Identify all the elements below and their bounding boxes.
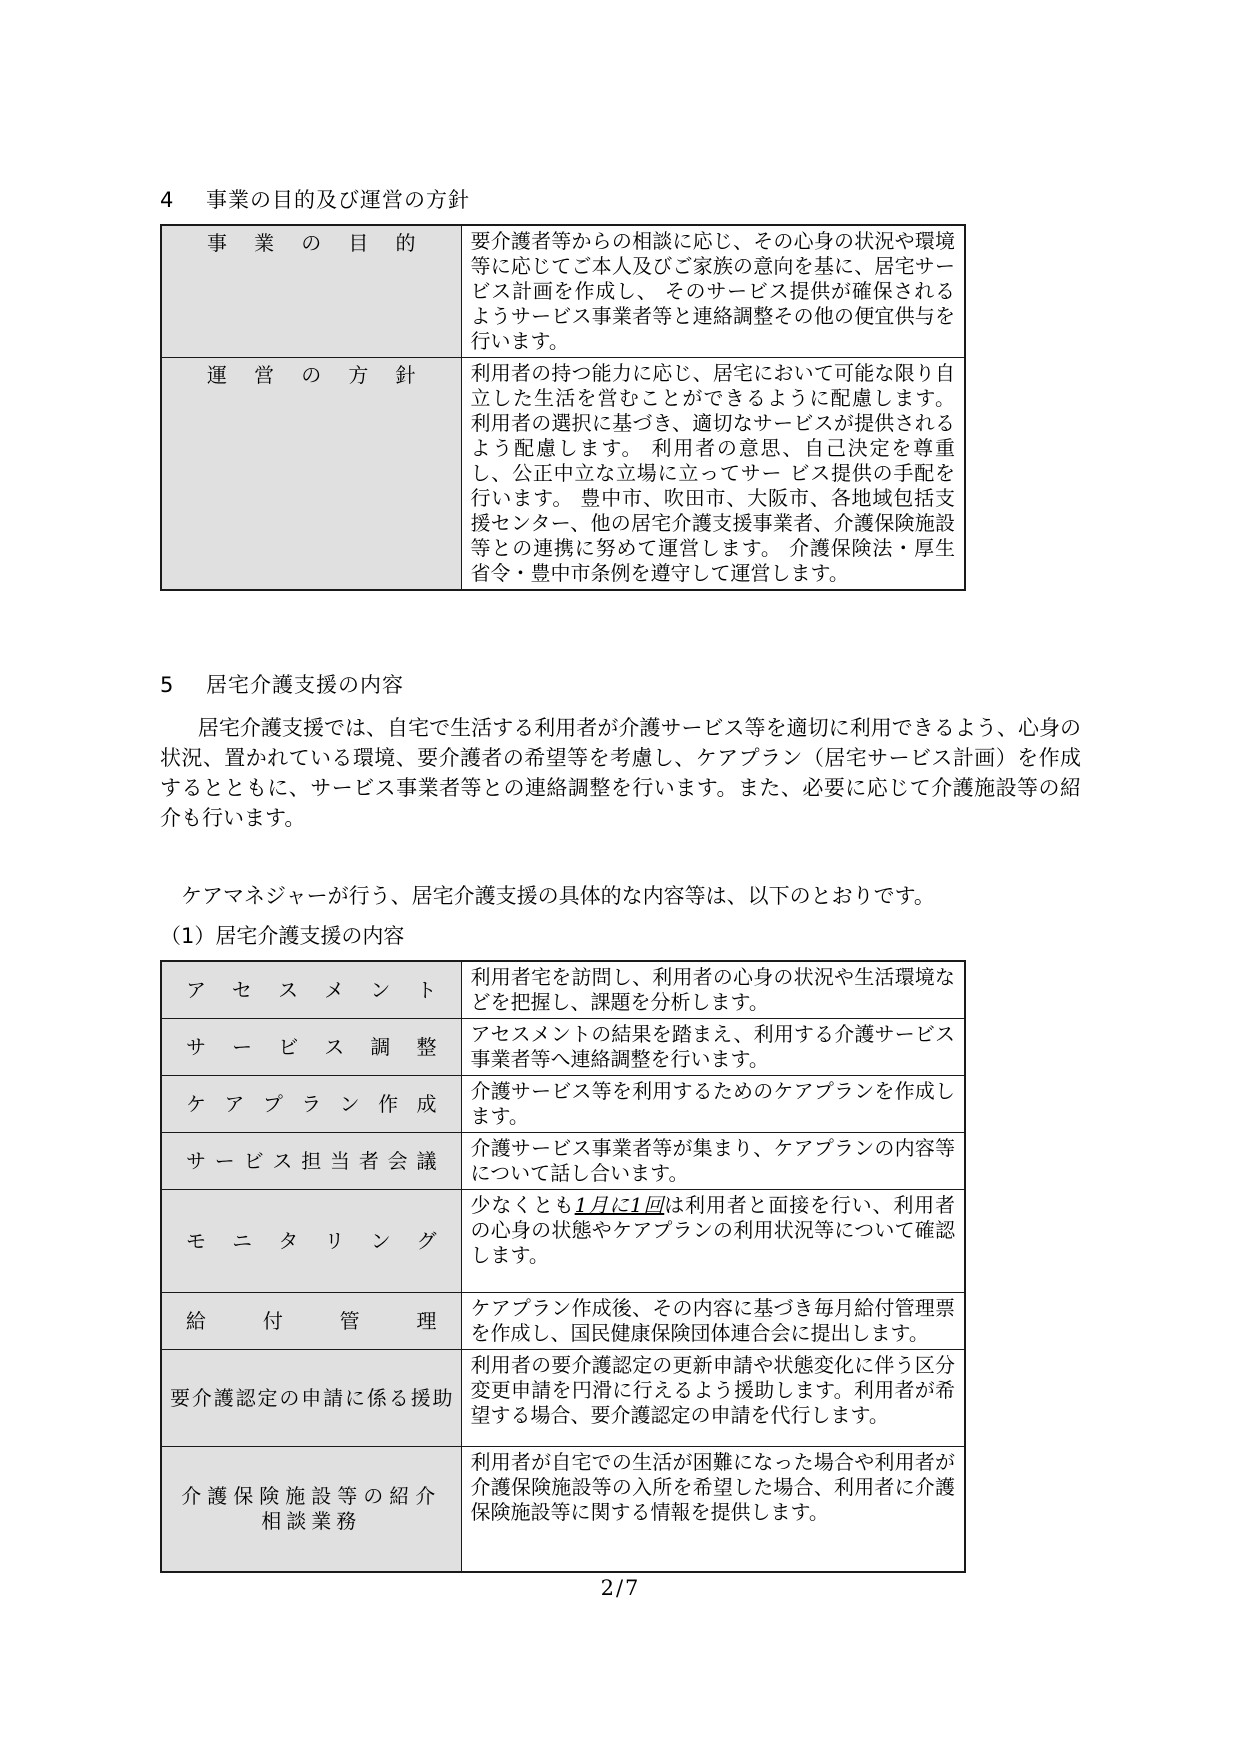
policy-body-cell: 利用者の持つ能力に応じ、居宅において可能な限り自立した生活を営むことができるよう… <box>461 358 965 591</box>
intro-paragraph: 居宅介護支援では、自宅で生活する利用者が介護サービス等を適切に利用できるよう、心… <box>160 713 1081 833</box>
assessment-body-cell: 利用者宅を訪問し、利用者の心身の状況や生活環境などを把握し、課題を分析します。 <box>461 961 965 1019</box>
table-row-benefit-management: 給付管理 ケアプラン作成後、その内容に基づき毎月給付管理票を作成し、国民健康保険… <box>161 1293 965 1350</box>
document-content: 4事業の目的及び運営の方針 事業の目的 要介護者等からの相談に応じ、その心身の状… <box>160 0 1081 1573</box>
section-4-title: 事業の目的及び運営の方針 <box>206 188 470 212</box>
policy-label-cell: 運営の方針 <box>161 358 461 591</box>
careplan-body-cell: 介護サービス等を利用するためのケアプランを作成します。 <box>461 1076 965 1133</box>
document-page: 4事業の目的及び運営の方針 事業の目的 要介護者等からの相談に応じ、その心身の状… <box>0 0 1241 1755</box>
table-row-service-adjustment: サービス調整 アセスメントの結果を踏まえ、利用する介護サービス事業者等へ連絡調整… <box>161 1019 965 1076</box>
careplan-label-cell: ケアプラン作成 <box>161 1076 461 1133</box>
facility-referral-label-line2: 相談業務 <box>170 1509 453 1534</box>
table-row-purpose: 事業の目的 要介護者等からの相談に応じ、その心身の状況や環境等に応じてご本人及び… <box>161 225 965 358</box>
assessment-label-cell: アセスメント <box>161 961 461 1019</box>
lead-paragraph: ケアマネジャーが行う、居宅介護支援の具体的な内容等は、以下のとおりです。 <box>160 881 1081 911</box>
table-row-certification-support: 要介護認定の申請に係る援助 利用者の要介護認定の更新申請や状態変化に伴う区分変更… <box>161 1350 965 1447</box>
sub-heading: （1）居宅介護支援の内容 <box>160 911 1081 950</box>
purpose-policy-table: 事業の目的 要介護者等からの相談に応じ、その心身の状況や環境等に応じてご本人及び… <box>160 224 966 591</box>
monitoring-frequency-emphasis: 1月に1回 <box>575 1193 665 1217</box>
service-meeting-body-cell: 介護サービス事業者等が集まり、ケアプランの内容等について話し合います。 <box>461 1133 965 1190</box>
service-adjustment-label-cell: サービス調整 <box>161 1019 461 1076</box>
facility-referral-body-cell: 利用者が自宅での生活が困難になった場合や利用者が介護保険施設等の入所を希望した場… <box>461 1447 965 1573</box>
facility-referral-label-cell: 介護保険施設等の紹介相談業務 <box>161 1447 461 1573</box>
purpose-label-cell: 事業の目的 <box>161 225 461 358</box>
certification-support-label-cell: 要介護認定の申請に係る援助 <box>161 1350 461 1447</box>
table-row-service-meeting: サービス担当者会議 介護サービス事業者等が集まり、ケアプランの内容等について話し… <box>161 1133 965 1190</box>
table-row-careplan: ケアプラン作成 介護サービス等を利用するためのケアプランを作成します。 <box>161 1076 965 1133</box>
page-number: 2/7 <box>0 1576 1241 1600</box>
section-5-heading: 5居宅介護支援の内容 <box>160 591 1081 699</box>
table-row-policy: 運営の方針 利用者の持つ能力に応じ、居宅において可能な限り自立した生活を営むこと… <box>161 358 965 591</box>
section-5-number: 5 <box>160 673 206 697</box>
section-5-title: 居宅介護支援の内容 <box>206 673 404 697</box>
monitoring-body-cell: 少なくとも1月に1回は利用者と面接を行い、利用者の心身の状態やケアプランの利用状… <box>461 1190 965 1293</box>
certification-support-body-cell: 利用者の要介護認定の更新申請や状態変化に伴う区分変更申請を円滑に行えるよう援助し… <box>461 1350 965 1447</box>
service-adjustment-body-cell: アセスメントの結果を踏まえ、利用する介護サービス事業者等へ連絡調整を行います。 <box>461 1019 965 1076</box>
section-4-number: 4 <box>160 188 206 212</box>
table-row-monitoring: モニタリング 少なくとも1月に1回は利用者と面接を行い、利用者の心身の状態やケア… <box>161 1190 965 1293</box>
section-4-heading: 4事業の目的及び運営の方針 <box>160 0 1081 214</box>
facility-referral-label-line1: 介護保険施設等の紹介 <box>170 1484 453 1509</box>
purpose-body-cell: 要介護者等からの相談に応じ、その心身の状況や環境等に応じてご本人及びご家族の意向… <box>461 225 965 358</box>
support-content-table: アセスメント 利用者宅を訪問し、利用者の心身の状況や生活環境などを把握し、課題を… <box>160 960 966 1573</box>
table-row-facility-referral: 介護保険施設等の紹介相談業務 利用者が自宅での生活が困難になった場合や利用者が介… <box>161 1447 965 1573</box>
table-row-assessment: アセスメント 利用者宅を訪問し、利用者の心身の状況や生活環境などを把握し、課題を… <box>161 961 965 1019</box>
benefit-management-body-cell: ケアプラン作成後、その内容に基づき毎月給付管理票を作成し、国民健康保険団体連合会… <box>461 1293 965 1350</box>
benefit-management-label-cell: 給付管理 <box>161 1293 461 1350</box>
monitoring-label-cell: モニタリング <box>161 1190 461 1293</box>
service-meeting-label-cell: サービス担当者会議 <box>161 1133 461 1190</box>
monitoring-body-prefix: 少なくとも <box>471 1193 575 1217</box>
